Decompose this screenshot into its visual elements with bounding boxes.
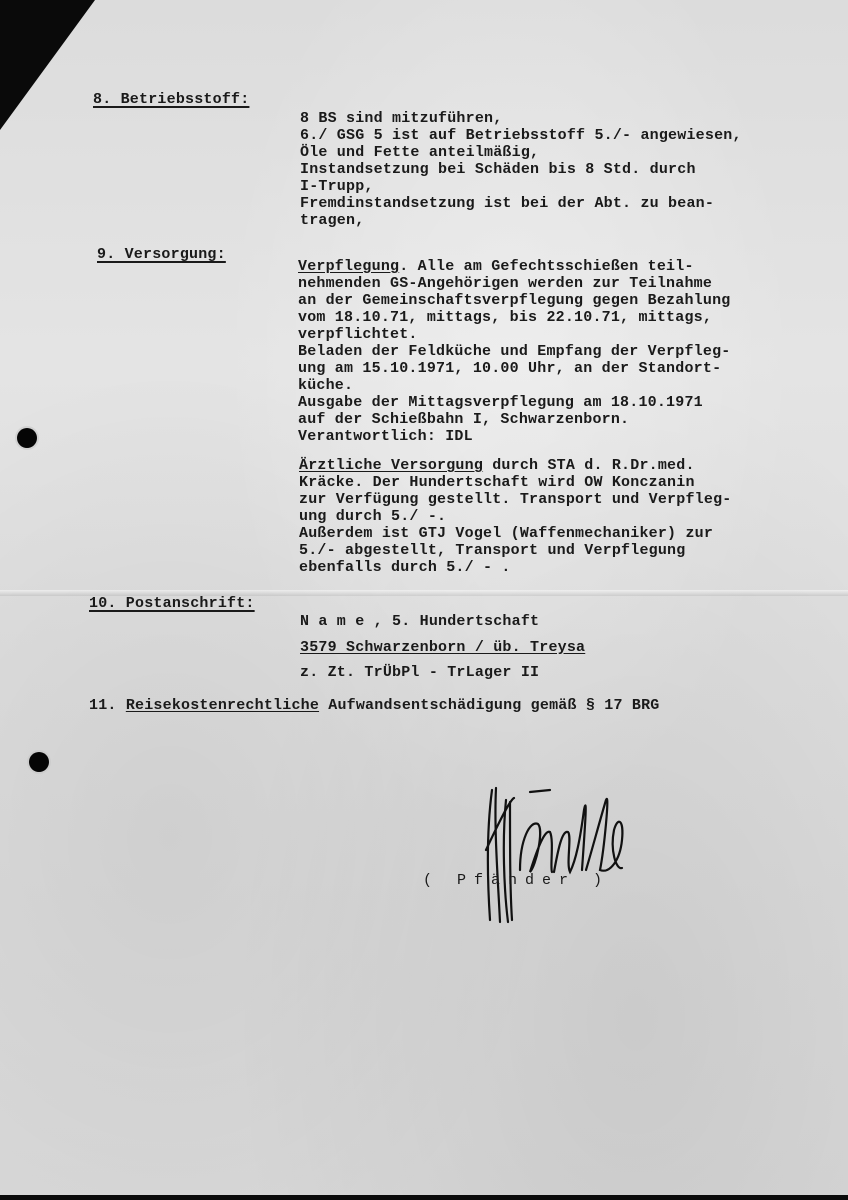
line: Beladen der Feldküche und Empfang der Ve… — [298, 343, 730, 360]
line: an der Gemeinschaftsverpflegung gegen Be… — [298, 292, 730, 309]
line: Kräcke. Der Hundertschaft wird OW Koncza… — [299, 474, 695, 491]
line: durch STA d. R.Dr.med. — [483, 457, 695, 474]
line: zur Verfügung gestellt. Transport und Ve… — [299, 491, 731, 508]
line: verpflichtet. — [298, 326, 418, 343]
section-9-arzt: Ärztliche Versorgung durch STA d. R.Dr.m… — [299, 457, 731, 576]
line: nehmenden GS-Angehörigen werden zur Teil… — [298, 275, 712, 292]
line: Öle und Fette anteilmäßig, — [300, 144, 539, 161]
postal-location-line: z. Zt. TrÜbPl - TrLager II — [300, 664, 539, 681]
line: 8 BS sind mitzuführen, — [300, 110, 502, 127]
document-page: 8. Betriebsstoff: 8 BS sind mitzuführen,… — [0, 0, 848, 1195]
section-11-underlined: Reisekostenrechtliche — [126, 697, 319, 714]
punch-hole-icon — [17, 428, 37, 448]
handwritten-signature-icon — [480, 780, 640, 930]
line: Instandsetzung bei Schäden bis 8 Std. du… — [300, 161, 696, 178]
line: 5./- abgestellt, Transport und Verpflegu… — [299, 542, 685, 559]
section-11-rest: Aufwandsentschädigung gemäß § 17 BRG — [319, 697, 659, 714]
line: küche. — [298, 377, 353, 394]
line: 6./ GSG 5 ist auf Betriebsstoff 5./- ang… — [300, 127, 742, 144]
line: . Alle am Gefechtsschießen teil- — [399, 258, 693, 275]
section-11: 11. Reisekostenrechtliche Aufwandsentsch… — [89, 697, 660, 714]
line: Ausgabe der Mittagsverpflegung am 18.10.… — [298, 394, 703, 411]
line: I-Trupp, — [300, 178, 374, 195]
line: auf der Schießbahn I, Schwarzenborn. — [298, 411, 629, 428]
line: Außerdem ist GTJ Vogel (Waffenmechaniker… — [299, 525, 713, 542]
line: Verantwortlich: IDL — [298, 428, 473, 445]
line: ung durch 5./ -. — [299, 508, 446, 525]
verpflegung-label: Verpflegung — [298, 258, 399, 275]
line: ung am 15.10.1971, 10.00 Uhr, an der Sta… — [298, 360, 721, 377]
section-8-heading: 8. Betriebsstoff: — [93, 91, 249, 108]
postal-name-line: N a m e , 5. Hundertschaft — [300, 613, 539, 630]
arzt-label: Ärztliche Versorgung — [299, 457, 483, 474]
section-9-verpflegung: Verpflegung. Alle am Gefechtsschießen te… — [298, 258, 730, 445]
section-9-heading: 9. Versorgung: — [97, 246, 226, 263]
line: tragen, — [300, 212, 364, 229]
section-10-heading: 10. Postanschrift: — [89, 595, 255, 612]
signer-name: ( Pfänder ) — [423, 872, 610, 889]
section-8-body: 8 BS sind mitzuführen, 6./ GSG 5 ist auf… — [300, 110, 742, 229]
punch-hole-icon — [29, 752, 49, 772]
line: vom 18.10.71, mittags, bis 22.10.71, mit… — [298, 309, 712, 326]
line: Fremdinstandsetzung ist bei der Abt. zu … — [300, 195, 714, 212]
section-11-number: 11. — [89, 697, 126, 714]
line: ebenfalls durch 5./ - . — [299, 559, 511, 576]
postal-address-line: 3579 Schwarzenborn / üb. Treysa — [300, 639, 585, 656]
